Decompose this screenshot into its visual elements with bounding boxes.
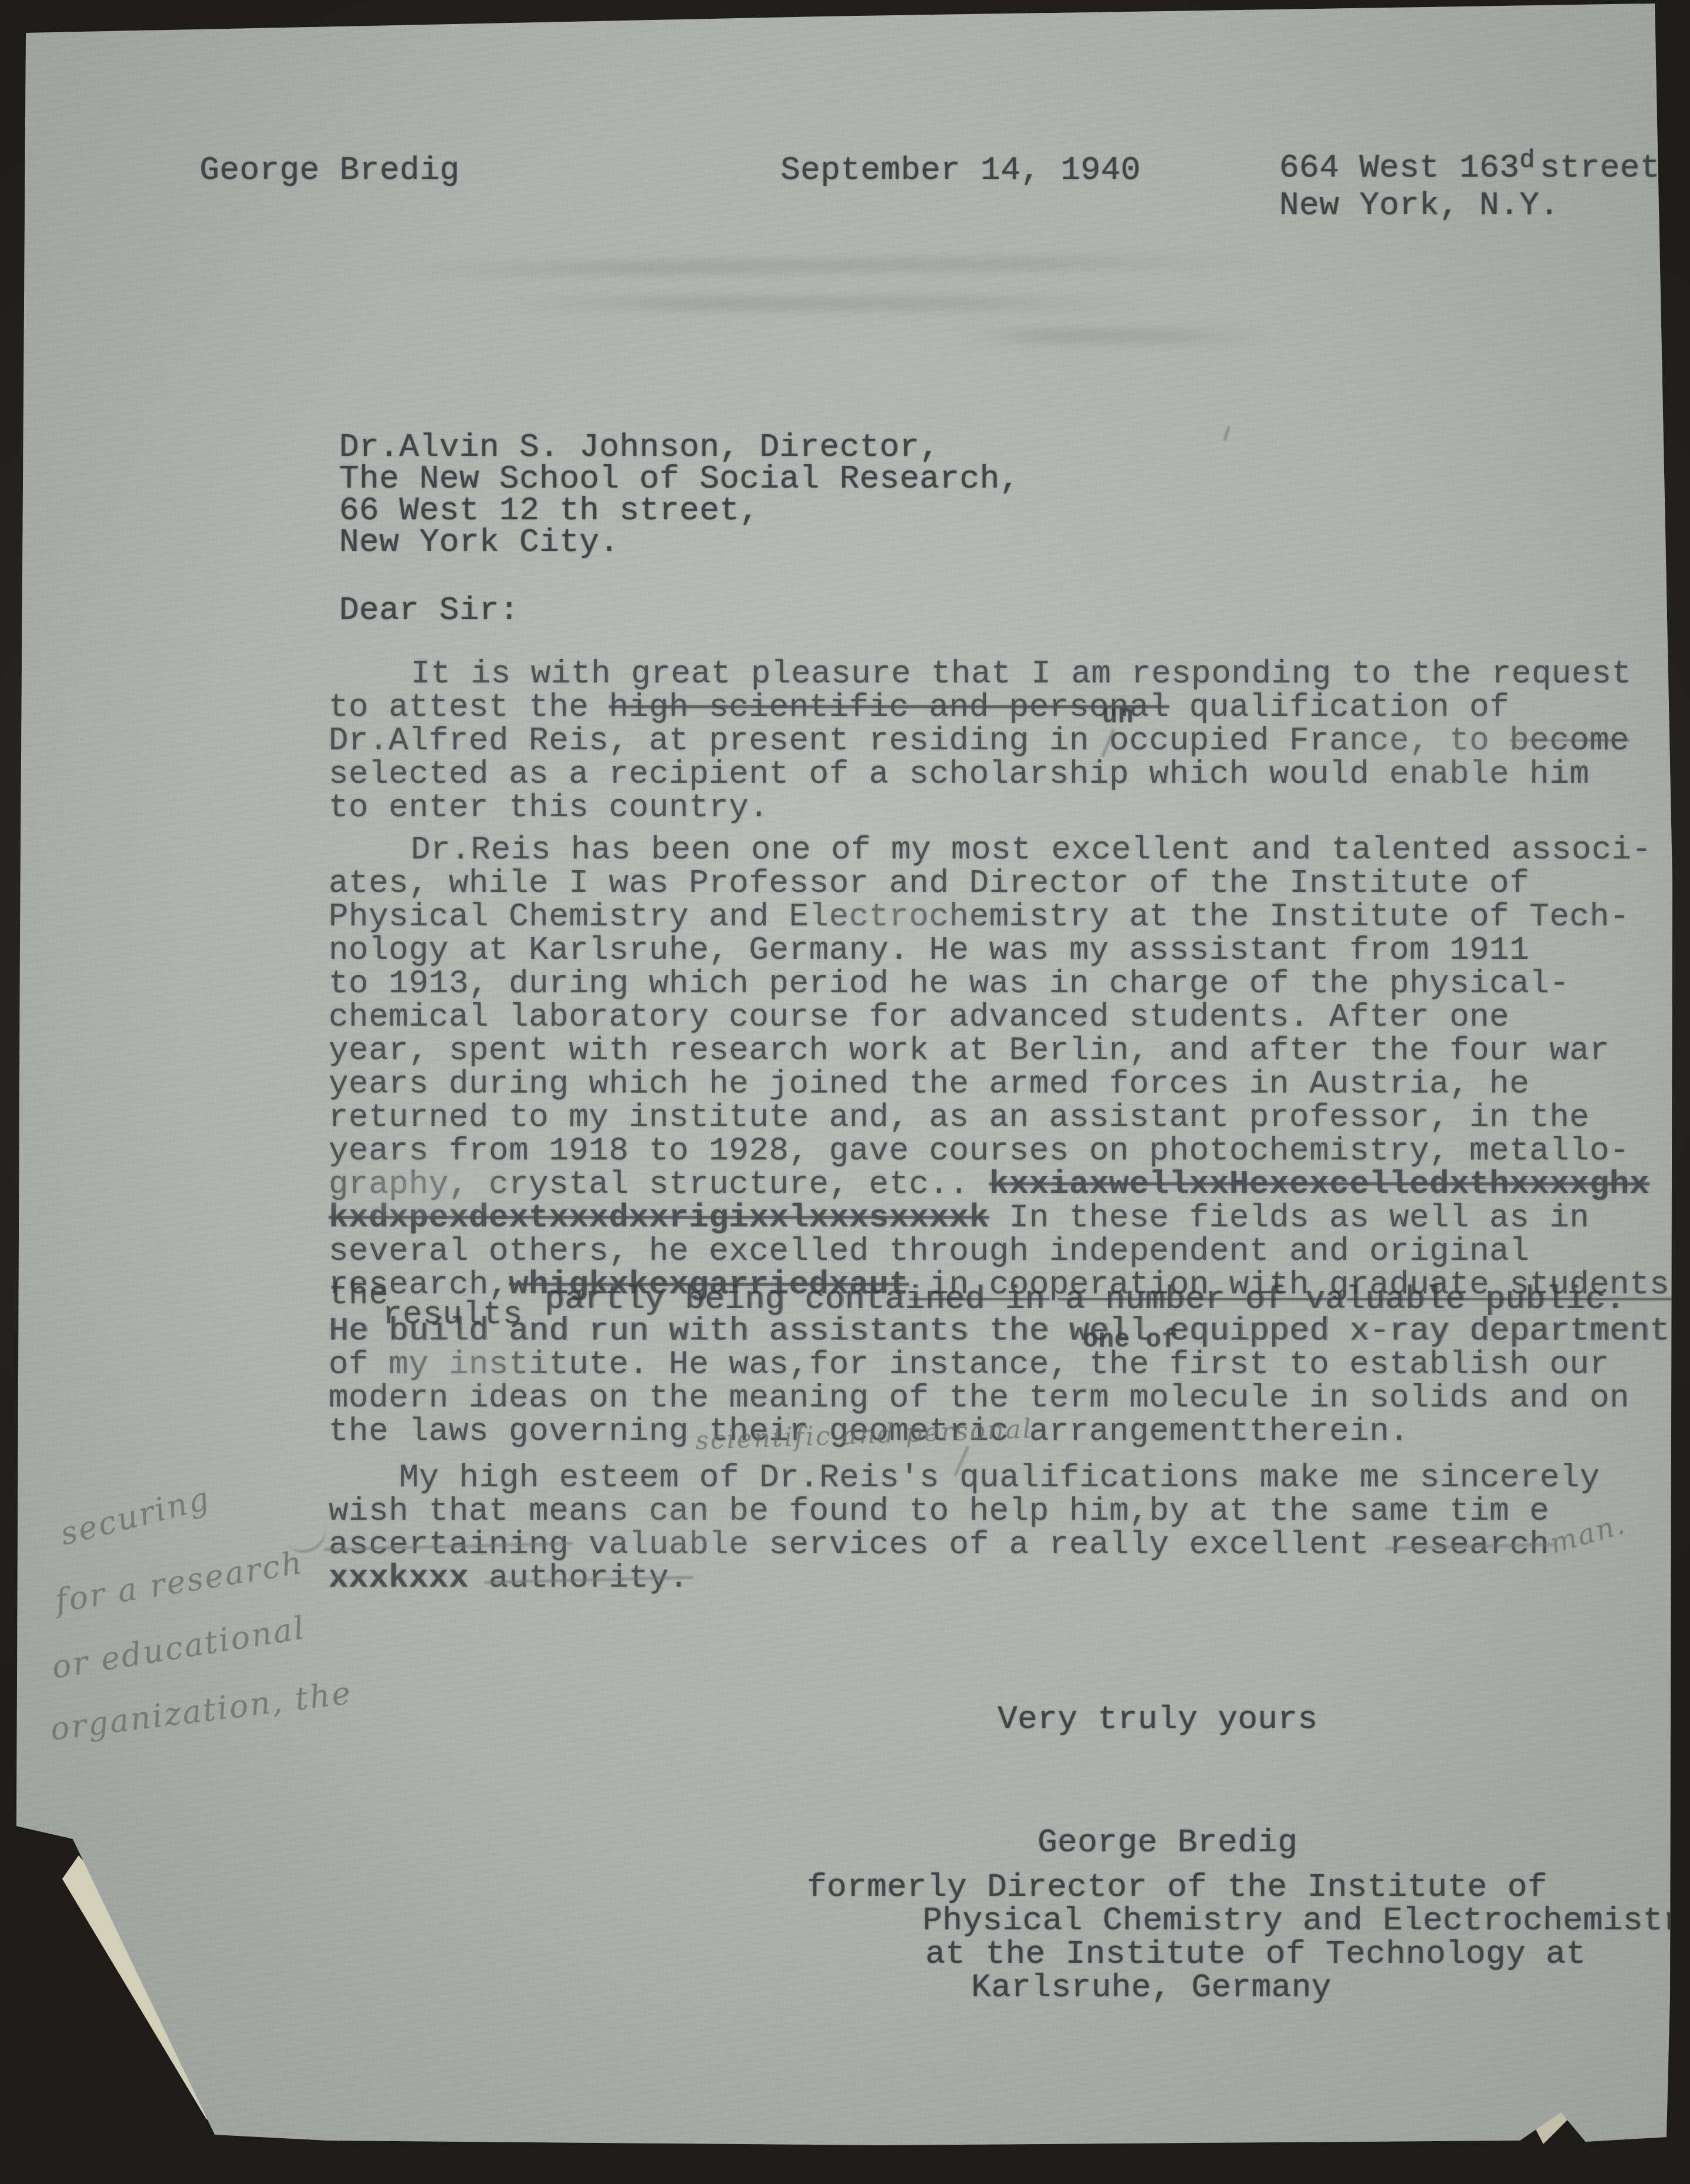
signature: George Bredig (1037, 1826, 1297, 1860)
p1-l4: selected as a recipient of a scholarship… (329, 755, 1590, 793)
city-text: New York, N.Y. (1279, 187, 1559, 224)
body-line: selected as a recipient of a scholarship… (329, 758, 1590, 791)
recipient-line: Dr.Alvin S. Johnson, Director, (339, 431, 939, 464)
marginalia-note: for a research (53, 1544, 306, 1620)
street-number: 664 West 163 (1279, 149, 1519, 187)
marginalia-l3: or educational (49, 1609, 308, 1686)
marginalia-l1: securing (56, 1479, 214, 1552)
pencil-struck-text: ascertaining (329, 1526, 569, 1563)
valediction: Very truly yours (998, 1703, 1318, 1736)
p1-l3a: Dr.Alfred Reis, at present residing in (329, 722, 1109, 759)
pencil-struck-text: research (1390, 1526, 1550, 1563)
sender-name: George Bredig (200, 154, 459, 187)
letter-page: George Bredig September 14, 1940 664 Wes… (0, 0, 1690, 2184)
p2-l6: chemical laboratory course for advanced … (329, 998, 1509, 1036)
interline-correction: the (329, 1278, 388, 1311)
overtyped-deletion: kxxiaxwellxxHexexcelledxthxxxxghx (989, 1165, 1649, 1203)
p2-l11a: graphy, crystal structure, etc.. (329, 1165, 989, 1203)
body-line: to attest the high scientific and person… (329, 691, 1509, 724)
body-line: Dr.Reis has been one of my most excellen… (411, 833, 1652, 867)
overtyped-deletion: xxxkxxx (329, 1559, 489, 1597)
body-line: year, spent with research work at Berlin… (329, 1034, 1610, 1067)
marginalia-l2: for a research (53, 1544, 306, 1620)
marginalia-l4: organization, the (48, 1674, 354, 1748)
p2-l3: Physical Chemistry and Electrochemistry … (329, 898, 1630, 935)
body-line: returned to my institute and, as an assi… (329, 1101, 1590, 1134)
signature-title-4: Karlsruhe, Germany (971, 1969, 1331, 2006)
body-line: several others, he excelled through inde… (329, 1235, 1529, 1268)
p3-l1: My high esteem of Dr.Reis's qualificatio… (399, 1459, 1600, 1496)
body-line: It is with great pleasure that I am resp… (411, 657, 1631, 691)
p1-l1: It is with great pleasure that I am resp… (411, 655, 1631, 692)
street-ordinal-superscript: d (1519, 146, 1535, 175)
recipient-line: 66 West 12 th street, (339, 494, 759, 528)
signature-text: George Bredig (1037, 1824, 1297, 1861)
signature-title: formerly Director of the Institute of (807, 1871, 1547, 1904)
p2-l4: nology at Karlsruhe, Germany. He was my … (329, 931, 1529, 969)
salutation-text: Dear Sir: (339, 591, 519, 629)
p2-l15: He build and run with assistants the wel… (329, 1312, 1669, 1350)
signature-title-3: at the Institute of Technology at (925, 1935, 1586, 1973)
body-line: wish that means can be found to help him… (329, 1495, 1549, 1528)
p2-l1: Dr.Reis has been one of my most excellen… (411, 831, 1652, 868)
body-line: to 1913, during which period he was in c… (329, 967, 1570, 1000)
recipient-line: New York City. (339, 526, 619, 559)
erased-text-smudge (505, 296, 1150, 311)
body-line: modern ideas on the meaning of the term … (329, 1381, 1630, 1415)
body-line: He build and run with assistants the wel… (329, 1314, 1669, 1348)
marginalia-note: securing (56, 1479, 214, 1552)
p2-l12b: In these fields as well as in (989, 1199, 1589, 1236)
p1-l2a: to attest the (329, 688, 609, 726)
body-line: ates, while I was Professor and Director… (329, 867, 1529, 900)
signature-title: at the Institute of Technology at (925, 1938, 1586, 1971)
p2-l9: returned to my institute and, as an assi… (329, 1098, 1590, 1136)
body-line: kxdxpexdextxxxdxxrigixxlxxxsxxxxk In the… (329, 1201, 1590, 1235)
p3-l3b: valuable services of a really excellent (569, 1526, 1389, 1563)
body-line: Dr.Alfred Reis, at present residing in o… (329, 724, 1630, 758)
p2-l2: ates, while I was Professor and Director… (329, 864, 1529, 902)
recipient-line: The New School of Social Research, (339, 462, 1020, 496)
sender-address-city: New York, N.Y. (1279, 189, 1559, 222)
letter-date: September 14, 1940 (780, 154, 1141, 187)
body-line: of my institute. He was,for instance, th… (329, 1348, 1610, 1381)
signature-title: Physical Chemistry and Electrochemistry (922, 1904, 1690, 1938)
struck-text-light: become (1509, 722, 1630, 759)
body-line: ascertaining valuable services of a real… (329, 1528, 1549, 1561)
overtyped-deletion: kxdxpexdextxxxdxxrigixxlxxxsxxxxk (329, 1199, 989, 1236)
handwritten-annotation-man: man. (1546, 1507, 1630, 1560)
p2-l16: of my institute. He was,for instance, th… (329, 1345, 1610, 1383)
body-line: chemical laboratory course for advanced … (329, 1000, 1509, 1034)
p1-l5: to enter this country. (329, 789, 769, 826)
body-line: graphy, crystal structure, etc.. kxxiaxw… (329, 1168, 1650, 1201)
stray-pencil-tick (1223, 426, 1231, 441)
p2-l17: modern ideas on the meaning of the term … (329, 1379, 1630, 1416)
sender-address-street: 664 West 163dstreet (1279, 151, 1660, 187)
p3-l2: wish that means can be found to help him… (329, 1492, 1549, 1530)
salutation: Dear Sir: (339, 594, 519, 627)
recipient-city: New York City. (339, 523, 619, 561)
signature-title-2: Physical Chemistry and Electrochemistry (922, 1902, 1690, 1939)
signature-title: Karlsruhe, Germany (971, 1971, 1331, 2004)
marginalia-note: or educational (49, 1609, 308, 1686)
p2-l8: years during which he joined the armed f… (329, 1065, 1529, 1103)
letter-date-text: September 14, 1940 (780, 151, 1141, 189)
valediction-text: Very truly yours (998, 1700, 1318, 1738)
street-word: street (1540, 149, 1660, 187)
marginalia-note: organization, the (48, 1674, 354, 1748)
body-line: to enter this country. (329, 791, 769, 824)
pencil-struck-text: authority. (489, 1559, 689, 1597)
p2-l5: to 1913, during which period he was in c… (329, 965, 1570, 1002)
body-line: xxxkxxx authority. (329, 1561, 689, 1595)
interline-the: the (329, 1276, 388, 1313)
body-line: Physical Chemistry and Electrochemistry … (329, 900, 1630, 934)
p2-l7: year, spent with research work at Berlin… (329, 1032, 1610, 1069)
body-line: years from 1918 to 1928, gave courses on… (329, 1134, 1630, 1168)
interline-correction: partly being contained in a number of va… (545, 1283, 1625, 1316)
body-line: years during which he joined the armed f… (329, 1067, 1529, 1101)
erased-text-smudge (962, 329, 1267, 344)
sender-name-text: George Bredig (200, 151, 459, 189)
body-line: My high esteem of Dr.Reis's qualificatio… (399, 1461, 1600, 1495)
p1-l2b: qualification of (1169, 688, 1509, 726)
annotation-man-text: man. (1546, 1507, 1630, 1560)
p1-l3b: occupied France, to (1109, 722, 1509, 759)
signature-title-1: formerly Director of the Institute of (807, 1868, 1547, 1906)
erased-text-smudge (376, 253, 1291, 278)
body-line: nology at Karlsruhe, Germany. He was my … (329, 934, 1529, 967)
struck-text: high scientific and personal (609, 688, 1169, 726)
p2-l10: years from 1918 to 1928, gave courses on… (329, 1132, 1630, 1169)
p2-l13: several others, he excelled through inde… (329, 1232, 1529, 1270)
